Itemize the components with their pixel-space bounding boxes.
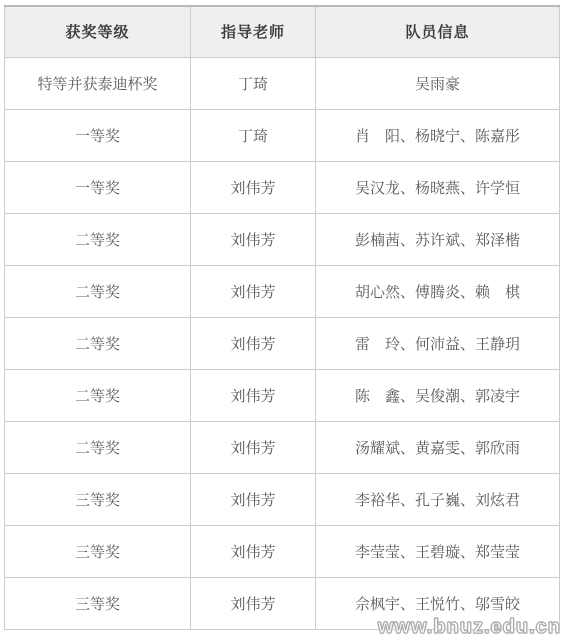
table-row: 一等奖 刘伟芳 吴汉龙、杨晓燕、许学恒 [5,161,560,213]
award-level-cell: 二等奖 [5,421,191,473]
table-header-row: 获奖等级 指导老师 队员信息 [5,6,560,57]
header-advisor: 指导老师 [191,6,316,57]
advisor-cell: 刘伟芳 [191,525,316,577]
award-level-cell: 三等奖 [5,473,191,525]
members-cell: 吴雨豪 [316,57,560,109]
header-award-level: 获奖等级 [5,6,191,57]
members-cell: 肖 阳、杨晓宁、陈嘉彤 [316,109,560,161]
award-level-cell: 三等奖 [5,525,191,577]
award-level-cell: 三等奖 [5,577,191,629]
advisor-cell: 刘伟芳 [191,473,316,525]
award-level-cell: 二等奖 [5,213,191,265]
members-cell: 汤耀斌、黄嘉雯、郭欣雨 [316,421,560,473]
table-row: 一等奖 丁琦 肖 阳、杨晓宁、陈嘉彤 [5,109,560,161]
table-row: 二等奖 刘伟芳 汤耀斌、黄嘉雯、郭欣雨 [5,421,560,473]
header-members: 队员信息 [316,6,560,57]
table-row: 三等奖 刘伟芳 李裕华、孔子巍、刘炫君 [5,473,560,525]
award-level-cell: 二等奖 [5,265,191,317]
members-cell: 李莹莹、王碧璇、郑莹莹 [316,525,560,577]
table-row: 二等奖 刘伟芳 雷 玲、何沛益、王静玥 [5,317,560,369]
members-cell: 胡心然、傅腾炎、赖 棋 [316,265,560,317]
table-row: 二等奖 刘伟芳 胡心然、傅腾炎、赖 棋 [5,265,560,317]
table-row: 二等奖 刘伟芳 陈 鑫、吴俊潮、郭凌宇 [5,369,560,421]
members-cell: 吴汉龙、杨晓燕、许学恒 [316,161,560,213]
advisor-cell: 丁琦 [191,57,316,109]
advisor-cell: 刘伟芳 [191,421,316,473]
table-row: 三等奖 刘伟芳 李莹莹、王碧璇、郑莹莹 [5,525,560,577]
advisor-cell: 刘伟芳 [191,577,316,629]
advisor-cell: 刘伟芳 [191,317,316,369]
members-cell: 陈 鑫、吴俊潮、郭凌宇 [316,369,560,421]
awards-table: 获奖等级 指导老师 队员信息 特等并获泰迪杯奖 丁琦 吴雨豪 一等奖 丁琦 肖 … [4,5,560,630]
table-row: 特等并获泰迪杯奖 丁琦 吴雨豪 [5,57,560,109]
members-cell: 彭楠茜、苏许斌、郑泽楷 [316,213,560,265]
award-level-cell: 特等并获泰迪杯奖 [5,57,191,109]
members-cell: 佘枫宇、王悦竹、邬雪皎 [316,577,560,629]
advisor-cell: 刘伟芳 [191,161,316,213]
advisor-cell: 刘伟芳 [191,213,316,265]
table-row: 三等奖 刘伟芳 佘枫宇、王悦竹、邬雪皎 [5,577,560,629]
advisor-cell: 刘伟芳 [191,265,316,317]
members-cell: 雷 玲、何沛益、王静玥 [316,317,560,369]
awards-page: 获奖等级 指导老师 队员信息 特等并获泰迪杯奖 丁琦 吴雨豪 一等奖 丁琦 肖 … [0,0,564,638]
advisor-cell: 刘伟芳 [191,369,316,421]
award-level-cell: 一等奖 [5,161,191,213]
award-level-cell: 一等奖 [5,109,191,161]
award-level-cell: 二等奖 [5,317,191,369]
advisor-cell: 丁琦 [191,109,316,161]
table-row: 二等奖 刘伟芳 彭楠茜、苏许斌、郑泽楷 [5,213,560,265]
award-level-cell: 二等奖 [5,369,191,421]
members-cell: 李裕华、孔子巍、刘炫君 [316,473,560,525]
